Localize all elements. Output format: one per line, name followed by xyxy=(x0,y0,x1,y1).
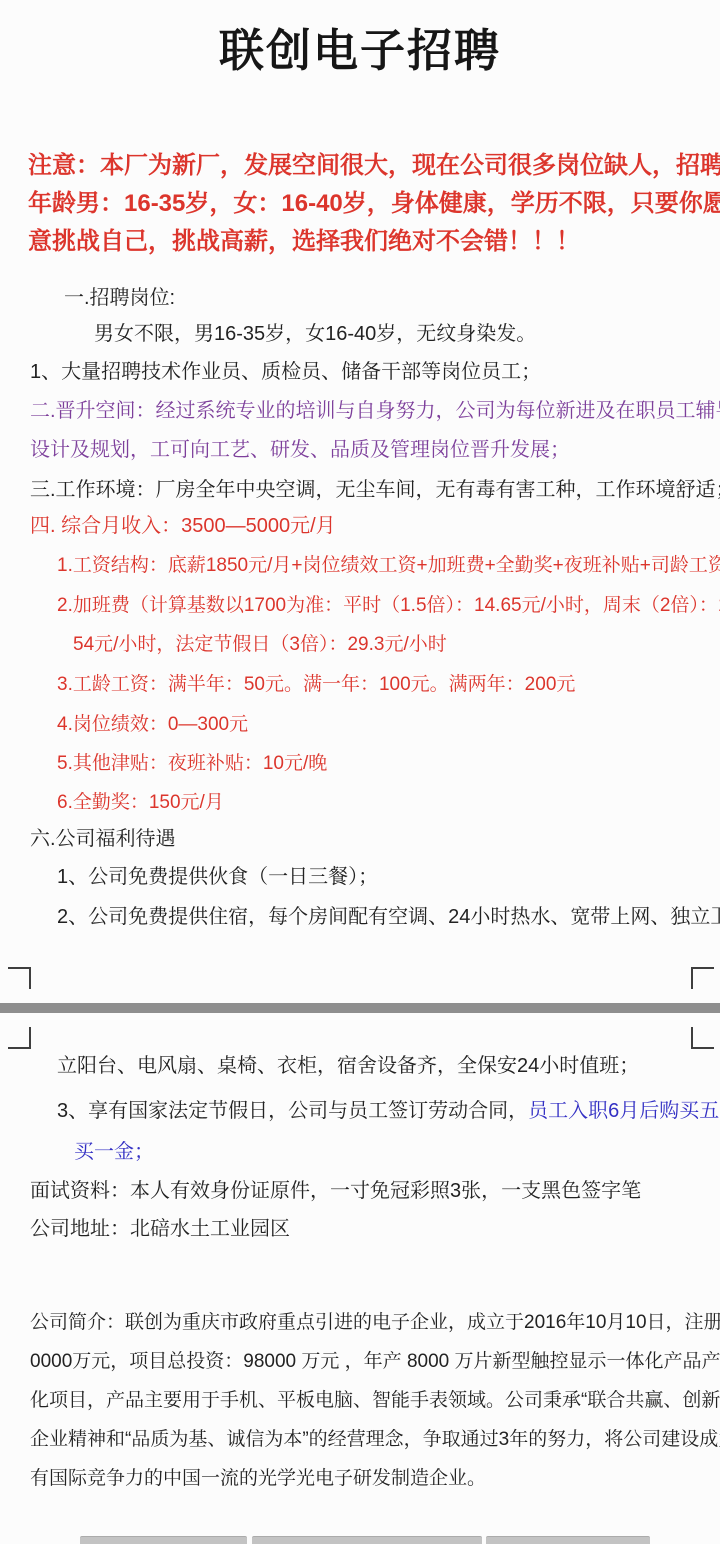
recruitment-flyer-page: 联创电子招聘 注意：本厂为新厂，发展空间很大，现在公司很多岗位缺人，招聘 年龄男… xyxy=(0,0,720,1544)
company-intro-line-2: 0000万元，项目总投资：98000 万元 ，年产 8000 万片新型触控显示一… xyxy=(30,1349,720,1375)
salary-item-4: 4.岗位绩效：0—300元 xyxy=(57,712,248,738)
salary-item-5: 5.其他津贴：夜班补贴：10元/晚 xyxy=(57,751,327,777)
section-1-heading: 一.招聘岗位: xyxy=(64,285,175,312)
welfare-item-3-blue-text: 员工入职6月后购买五险，管理层 xyxy=(528,1100,720,1122)
page1-bottom-left-crop-mark xyxy=(8,967,31,989)
welfare-item-3-blue-continuation: 买一金； xyxy=(74,1139,154,1166)
interview-materials-line: 面试资料：本人有效身份证原件，一寸免冠彩照3张，一支黑色签字笔 xyxy=(30,1178,641,1205)
section-2-line-2: 设计及规划，工可向工艺、研发、品质及管理岗位晋升发展； xyxy=(30,437,570,464)
section-6-heading: 六.公司福利待遇 xyxy=(30,826,176,853)
page-break-divider xyxy=(0,1003,720,1013)
salary-item-6: 6.全勤奖：150元/月 xyxy=(57,790,224,816)
bottom-gray-bar-middle xyxy=(252,1536,482,1544)
section-1-subline: 男女不限，男16-35岁，女16-40岁，无纹身染发。 xyxy=(94,321,536,348)
bottom-gray-bar-right xyxy=(486,1536,650,1544)
page2-top-right-crop-mark xyxy=(691,1027,714,1049)
welfare-item-2-continuation: 立阳台、电风扇、桌椅、衣柜，宿舍设备齐，全保安24小时值班； xyxy=(57,1053,639,1080)
welfare-item-2: 2、公司免费提供住宿，每个房间配有空调、24小时热水、宽带上网、独立卫生间、独 xyxy=(57,904,720,931)
salary-item-1: 1.工资结构：底薪1850元/月+岗位绩效工资+加班费+全勤奖+夜班补贴+司龄工… xyxy=(57,553,720,579)
notice-line-2: 年龄男：16-35岁，女：16-40岁，身体健康，学历不限，只要你愿 xyxy=(28,188,720,220)
company-intro-line-3: 化项目，产品主要用于手机、平板电脑、智能手表领域。公司秉承“联合共赢、创新发展 xyxy=(30,1388,720,1414)
welfare-item-3-black-text: 3、享有国家法定节假日，公司与员工签订劳动合同， xyxy=(57,1100,528,1122)
company-address-line: 公司地址：北碚水土工业园区 xyxy=(30,1216,290,1243)
notice-line-3: 意挑战自己，挑战高薪，选择我们绝对不会错！！！ xyxy=(28,226,580,258)
bottom-gray-bar-left xyxy=(80,1536,247,1544)
notice-line-1: 注意：本厂为新厂，发展空间很大，现在公司很多岗位缺人，招聘 xyxy=(28,150,720,182)
page1-bottom-right-crop-mark xyxy=(691,967,714,989)
section-4-heading: 四. 综合月收入：3500—5000元/月 xyxy=(30,513,336,540)
company-intro-line-5: 有国际竞争力的中国一流的光学光电子研发制造企业。 xyxy=(30,1466,486,1492)
salary-item-3: 3.工龄工资：满半年：50元。满一年：100元。满两年：200元 xyxy=(57,672,575,698)
section-1-item: 1、大量招聘技术作业员、质检员、储备干部等岗位员工； xyxy=(30,359,541,386)
section-3-line: 三.工作环境：厂房全年中央空调，无尘车间，无有毒有害工种，工作环境舒适； xyxy=(30,477,720,504)
page2-top-left-crop-mark xyxy=(8,1027,31,1049)
salary-item-2: 2.加班费（计算基数以1700为准：平时（1.5倍）：14.65元/小时，周末（… xyxy=(57,593,720,619)
salary-item-2-continuation: 54元/小时，法定节假日（3倍）：29.3元/小时 xyxy=(73,632,447,658)
welfare-item-3: 3、享有国家法定节假日，公司与员工签订劳动合同，员工入职6月后购买五险，管理层 xyxy=(57,1098,720,1125)
page-title: 联创电子招聘 xyxy=(0,14,720,79)
welfare-item-1: 1、公司免费提供伙食（一日三餐）； xyxy=(57,864,378,891)
company-intro-line-4: 企业精神和“品质为基、诚信为本”的经营理念，争取通过3年的努力，将公司建设成为具 xyxy=(30,1427,720,1453)
section-2-line-1: 二.晋升空间：经过系统专业的培训与自身努力，公司为每位新进及在职员工辅导职业生涯 xyxy=(30,398,720,425)
company-intro-line-1: 公司简介：联创为重庆市政府重点引进的电子企业，成立于2016年10月10日，注册… xyxy=(30,1310,720,1336)
